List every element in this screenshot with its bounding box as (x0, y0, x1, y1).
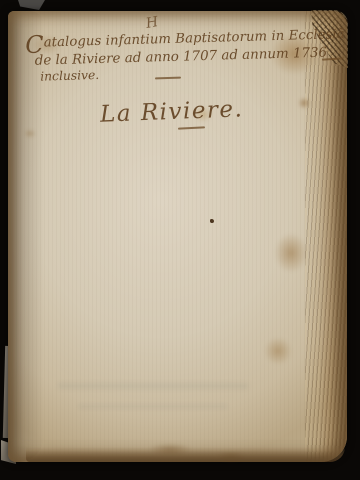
ink-speck (210, 219, 214, 223)
stain (264, 337, 292, 365)
stain (24, 129, 36, 138)
manuscript-page: H Catalogus infantium Baptisatorum in Ec… (8, 11, 347, 462)
fore-edge-pages (305, 11, 347, 462)
top-left-clip (18, 0, 45, 10)
heading: Catalogus infantium Baptisatorum in Eccl… (25, 24, 338, 85)
page-title: La Riviere. (100, 96, 244, 127)
verso-showthrough (78, 404, 228, 409)
bottom-worn-edge (26, 447, 345, 462)
scanned-book-cover: H Catalogus infantium Baptisatorum in Ec… (0, 0, 360, 480)
stain (274, 233, 308, 273)
verso-showthrough (58, 383, 248, 389)
